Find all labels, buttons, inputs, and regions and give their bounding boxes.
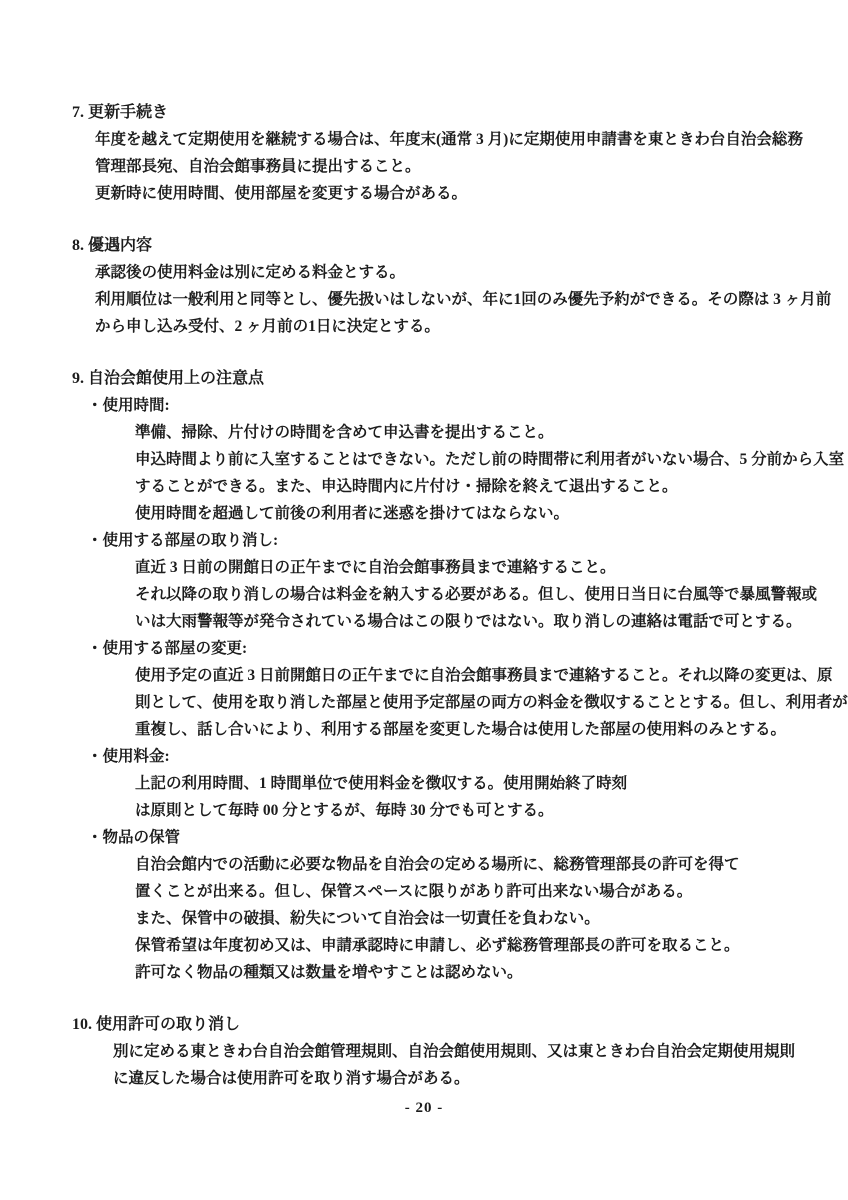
paragraph-line: 直近 3 日前の開館日の正午までに自治会館事務員まで連絡すること。 — [135, 554, 848, 581]
section-renewal-procedure: 7. 更新手続き 年度を越えて定期使用を継続する場合は、年度末(通常 3 月)に… — [0, 99, 848, 207]
paragraph-line: 置くことが出来る。但し、保管スペースに限りがあり許可出来ない場合がある。 — [135, 878, 848, 905]
paragraph-line: 許可なく物品の種類又は数量を増やすことは認めない。 — [135, 959, 848, 986]
bullet-group-item-storage: ・物品の保管 自治会館内での活動に必要な物品を自治会の定める場所に、総務管理部長… — [0, 824, 848, 986]
paragraph-line: 別に定める東ときわ台自治会館管理規則、自治会館使用規則、又は東ときわ台自治会定期… — [113, 1038, 848, 1065]
paragraph-line: 管理部長宛、自治会館事務員に提出すること。 — [95, 153, 848, 180]
bullet-group-usage-hours: ・使用時間: 準備、掃除、片付けの時間を含めて申込書を提出すること。 申込時間よ… — [0, 392, 848, 527]
paragraph-line: から申し込み受付、2 ヶ月前の1日に決定とする。 — [95, 313, 848, 340]
bullet-label: ・使用時間: — [87, 392, 848, 419]
paragraph-line: 自治会館内での活動に必要な物品を自治会の定める場所に、総務管理部長の許可を得て — [135, 851, 848, 878]
bullet-label: ・使用料金: — [87, 743, 848, 770]
section-heading: 8. 優遇内容 — [72, 232, 848, 259]
bullet-label: ・物品の保管 — [87, 824, 848, 851]
section-heading: 9. 自治会館使用上の注意点 — [72, 365, 848, 392]
paragraph-line: 準備、掃除、片付けの時間を含めて申込書を提出すること。 — [135, 419, 848, 446]
section-preferential-treatment: 8. 優遇内容 承認後の使用料金は別に定める料金とする。 利用順位は一般利用と同… — [0, 232, 848, 340]
paragraph-line: 承認後の使用料金は別に定める料金とする。 — [95, 259, 848, 286]
bullet-label: ・使用する部屋の取り消し: — [87, 527, 848, 554]
paragraph-line: 年度を越えて定期使用を継続する場合は、年度末(通常 3 月)に定期使用申請書を東… — [95, 126, 848, 153]
section-permission-revocation: 10. 使用許可の取り消し 別に定める東ときわ台自治会館管理規則、自治会館使用規… — [0, 1011, 848, 1092]
paragraph-line: 使用時間を超過して前後の利用者に迷惑を掛けてはならない。 — [135, 500, 848, 527]
document-page: 7. 更新手続き 年度を越えて定期使用を継続する場合は、年度末(通常 3 月)に… — [0, 0, 848, 1200]
bullet-label: ・使用する部屋の変更: — [87, 635, 848, 662]
paragraph-line: それ以降の取り消しの場合は料金を納入する必要がある。但し、使用日当日に台風等で暴… — [135, 581, 848, 608]
page-number: - 20 - — [0, 1098, 848, 1118]
paragraph-line: 利用順位は一般利用と同等とし、優先扱いはしないが、年に1回のみ優先予約ができる。… — [95, 286, 848, 313]
paragraph-line: 申込時間より前に入室することはできない。ただし前の時間帯に利用者がいない場合、5… — [135, 446, 848, 473]
paragraph-line: に違反した場合は使用許可を取り消す場合がある。 — [113, 1065, 848, 1092]
section-heading: 7. 更新手続き — [72, 99, 848, 126]
paragraph-line: は原則として毎時 00 分とするが、毎時 30 分でも可とする。 — [135, 797, 848, 824]
paragraph-line: 則として、使用を取り消した部屋と使用予定部屋の両方の料金を徴収することとする。但… — [135, 689, 848, 716]
paragraph-line: 更新時に使用時間、使用部屋を変更する場合がある。 — [95, 180, 848, 207]
paragraph-line: いは大雨警報等が発令されている場合はこの限りではない。取り消しの連絡は電話で可と… — [135, 608, 848, 635]
paragraph-line: また、保管中の破損、紛失について自治会は一切責任を負わない。 — [135, 905, 848, 932]
section-heading: 10. 使用許可の取り消し — [72, 1011, 848, 1038]
paragraph-line: することができる。また、申込時間内に片付け・掃除を終えて退出すること。 — [135, 473, 848, 500]
bullet-group-usage-fee: ・使用料金: 上記の利用時間、1 時間単位で使用料金を徴収する。使用開始終了時刻… — [0, 743, 848, 824]
bullet-group-room-cancellation: ・使用する部屋の取り消し: 直近 3 日前の開館日の正午までに自治会館事務員まで… — [0, 527, 848, 635]
paragraph-line: 保管希望は年度初め又は、申請承認時に申請し、必ず総務管理部長の許可を取ること。 — [135, 932, 848, 959]
section-usage-notes: 9. 自治会館使用上の注意点 ・使用時間: 準備、掃除、片付けの時間を含めて申込… — [0, 365, 848, 986]
paragraph-line: 上記の利用時間、1 時間単位で使用料金を徴収する。使用開始終了時刻 — [135, 770, 848, 797]
bullet-group-room-change: ・使用する部屋の変更: 使用予定の直近 3 日前開館日の正午までに自治会館事務員… — [0, 635, 848, 743]
paragraph-line: 使用予定の直近 3 日前開館日の正午までに自治会館事務員まで連絡すること。それ以… — [135, 662, 848, 689]
paragraph-line: 重複し、話し合いにより、利用する部屋を変更した場合は使用した部屋の使用料のみとす… — [135, 716, 848, 743]
